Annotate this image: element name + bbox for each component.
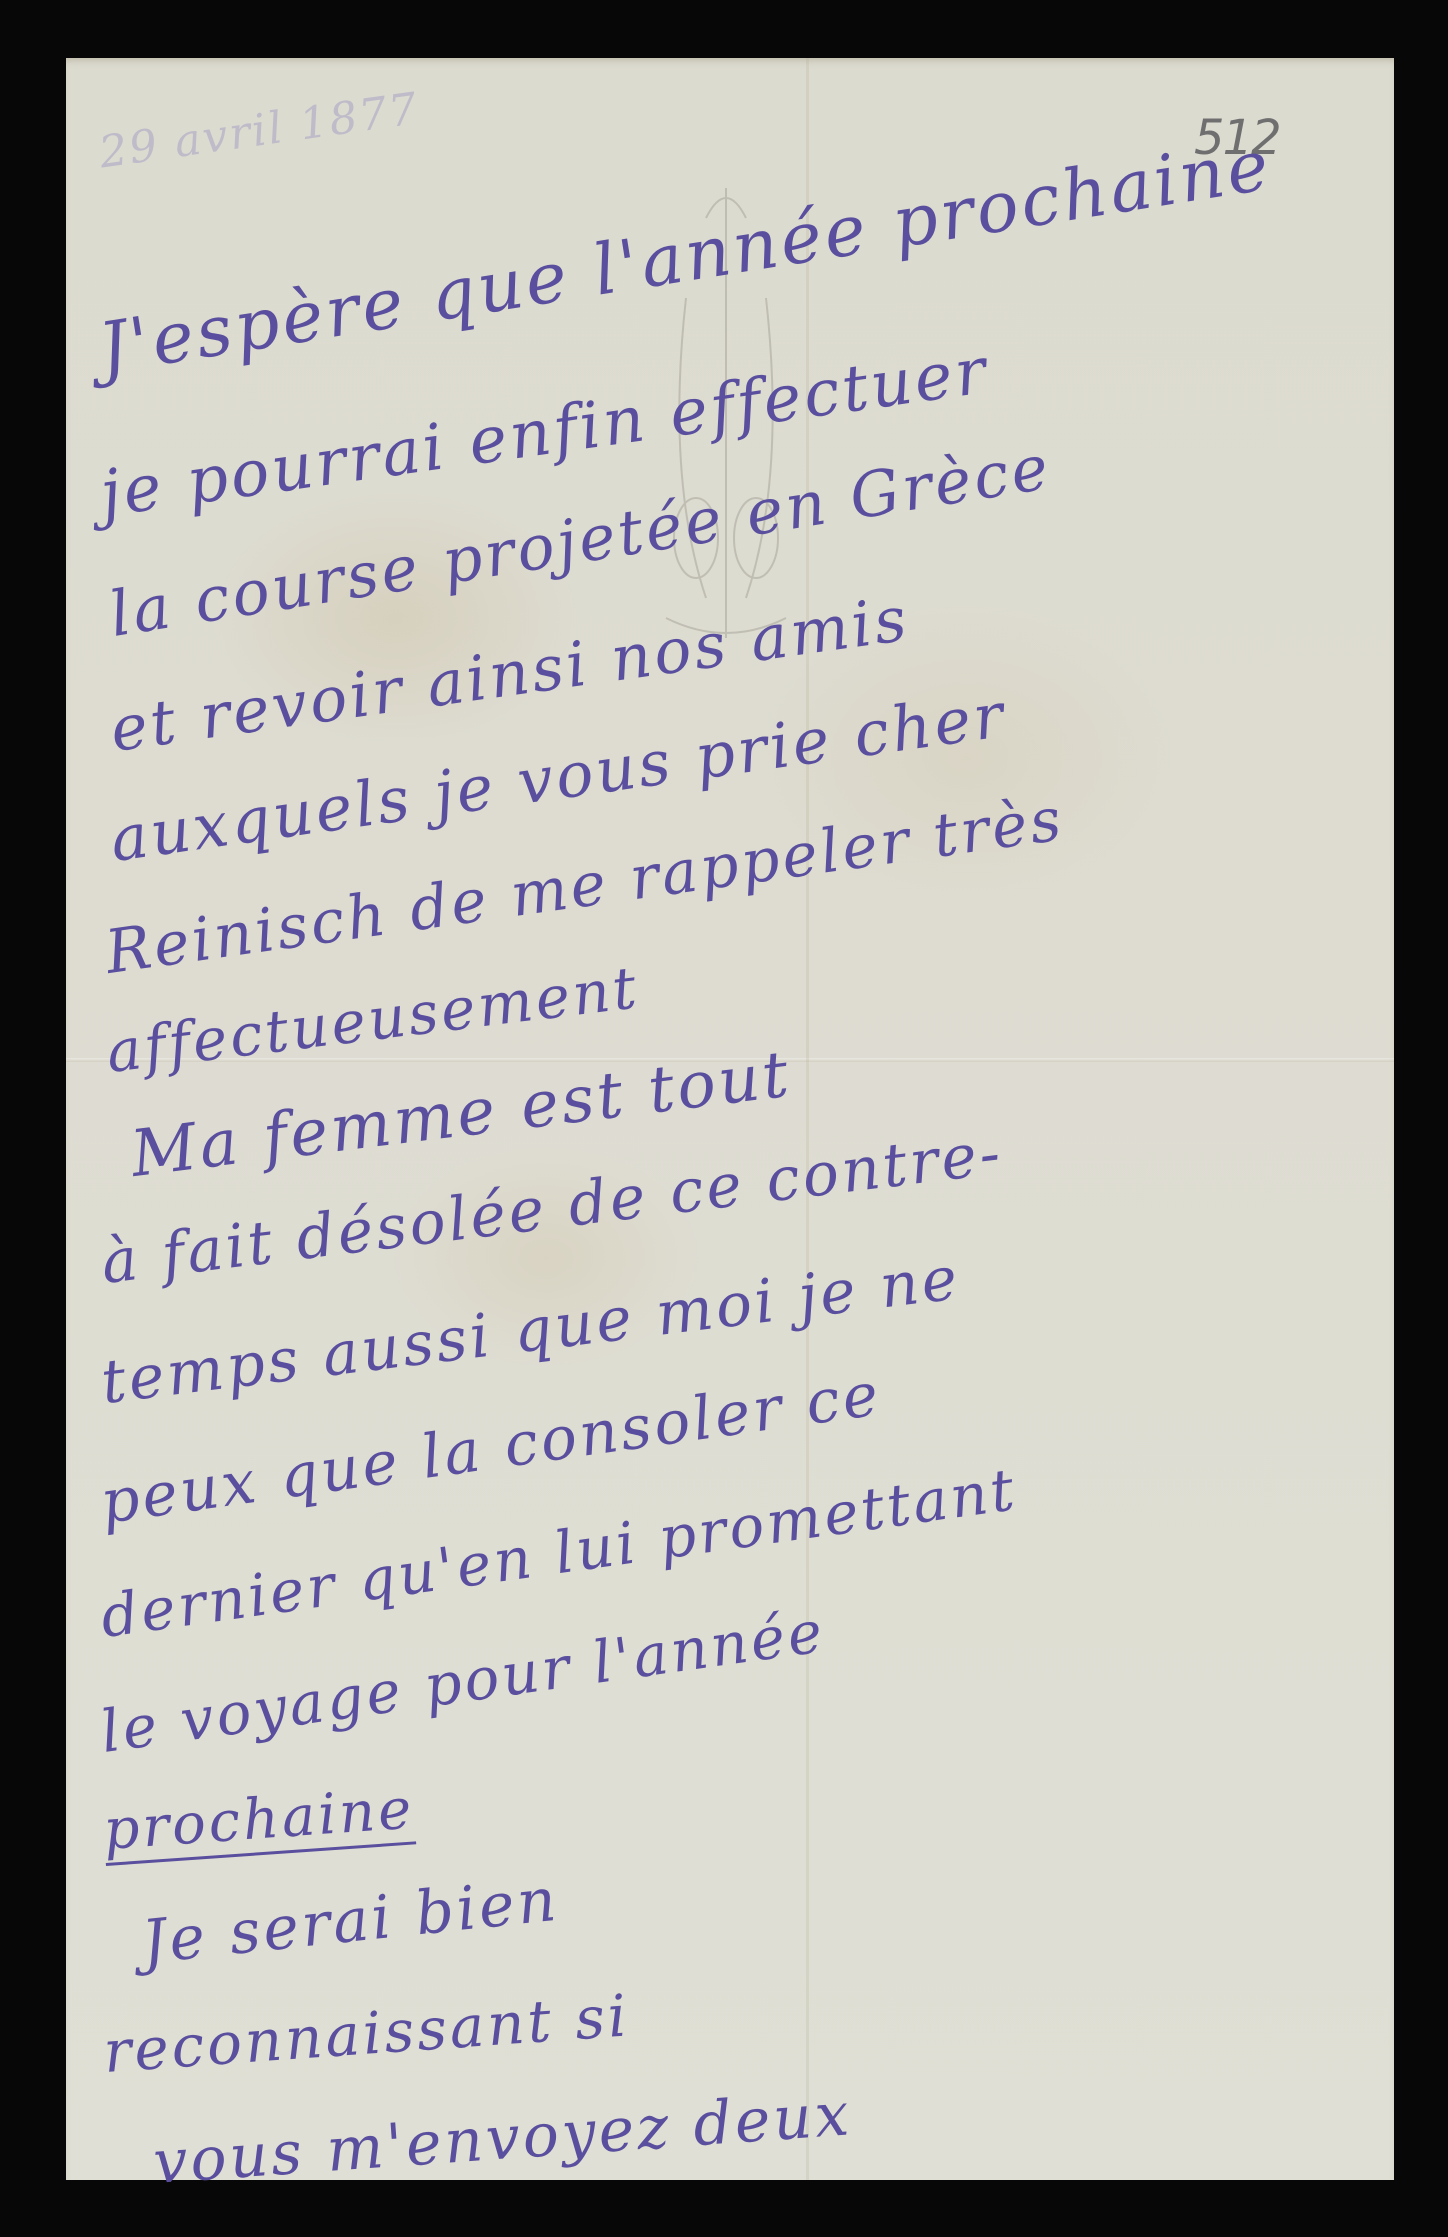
- letter-page: 29 avril 1877 512 J'espère que l'année p…: [66, 58, 1394, 2180]
- letter-line: reconnaissant si: [101, 1981, 631, 2086]
- letter-line: Je serai bien: [139, 1865, 562, 1978]
- faint-date-annotation: 29 avril 1877: [96, 83, 422, 178]
- letter-line: prochaine: [101, 1776, 416, 1866]
- letter-line: vous m'envoyez deux: [151, 2079, 854, 2198]
